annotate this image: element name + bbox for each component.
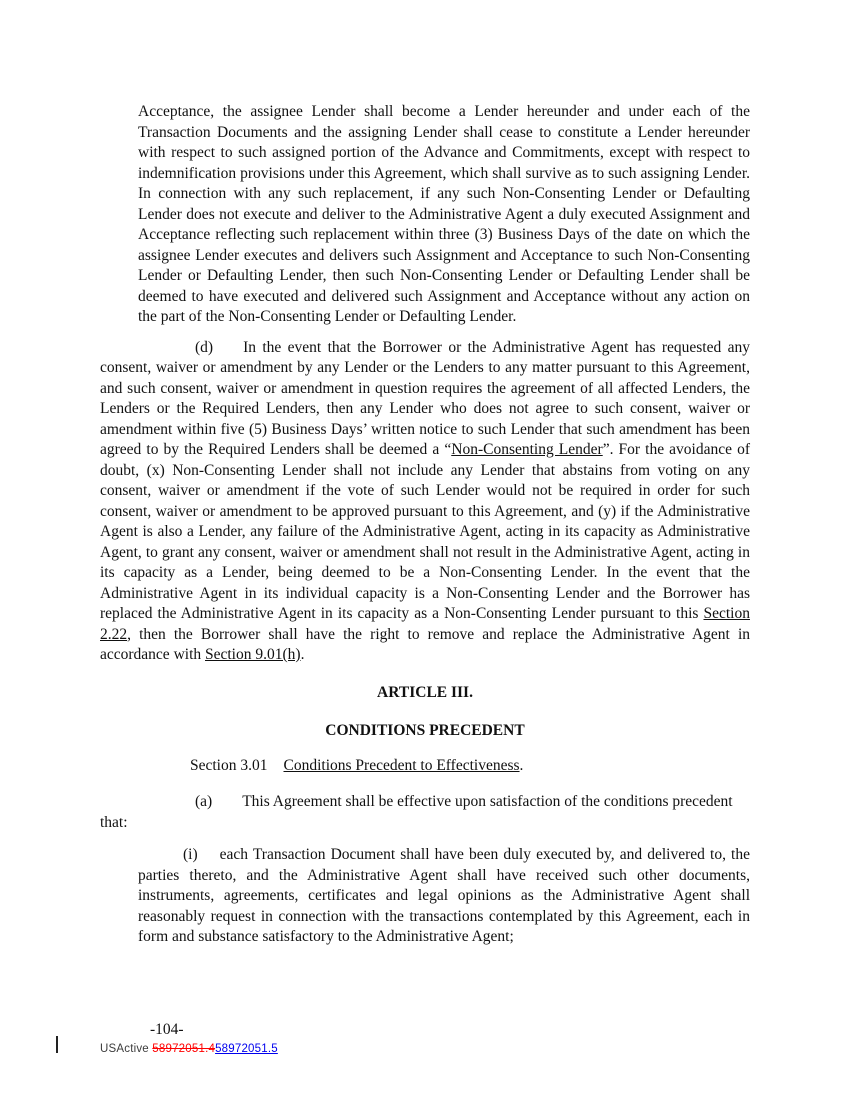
doc-id-deleted: 58972051.4: [152, 1043, 215, 1055]
section-title-period: .: [520, 757, 524, 774]
paragraph-d: (d)In the event that the Borrower or the…: [100, 338, 750, 666]
document-page: Acceptance, the assignee Lender shall be…: [0, 0, 849, 1100]
article-heading: ARTICLE III.: [100, 683, 750, 704]
section-number: Section 3.01: [190, 757, 268, 774]
doc-id-label: USActive: [100, 1043, 152, 1055]
paragraph-d-text-2: ”. For the avoidance of doubt, (x) Non-C…: [100, 441, 750, 622]
paragraph-i: (i)each Transaction Document shall have …: [138, 845, 750, 948]
paragraph-d-text-3: , then the Borrower shall have the right…: [100, 626, 750, 664]
paragraph-i-label: (i): [183, 846, 198, 863]
document-body: Acceptance, the assignee Lender shall be…: [100, 102, 750, 948]
doc-id-footer: USActive 58972051.458972051.5: [100, 1039, 278, 1060]
paragraph-continuation: Acceptance, the assignee Lender shall be…: [138, 102, 750, 328]
page-number: -104-: [150, 1020, 184, 1041]
section-heading: Section 3.01Conditions Precedent to Effe…: [100, 756, 750, 777]
section-title: Conditions Precedent to Effectiveness: [284, 757, 520, 774]
article-title: CONDITIONS PRECEDENT: [100, 721, 750, 742]
paragraph-d-label: (d): [195, 339, 213, 356]
revision-change-bar: [56, 1036, 58, 1053]
defined-term-non-consenting-lender: Non-Consenting Lender: [451, 441, 602, 458]
section-9-01h-reference: Section 9.01(h): [205, 646, 301, 663]
paragraph-a-label: (a): [195, 793, 212, 810]
doc-id-inserted: 58972051.5: [215, 1043, 278, 1055]
paragraph-a: (a)This Agreement shall be effective upo…: [100, 792, 750, 833]
paragraph-d-text-4: .: [301, 646, 305, 663]
paragraph-i-text: each Transaction Document shall have bee…: [138, 846, 750, 945]
